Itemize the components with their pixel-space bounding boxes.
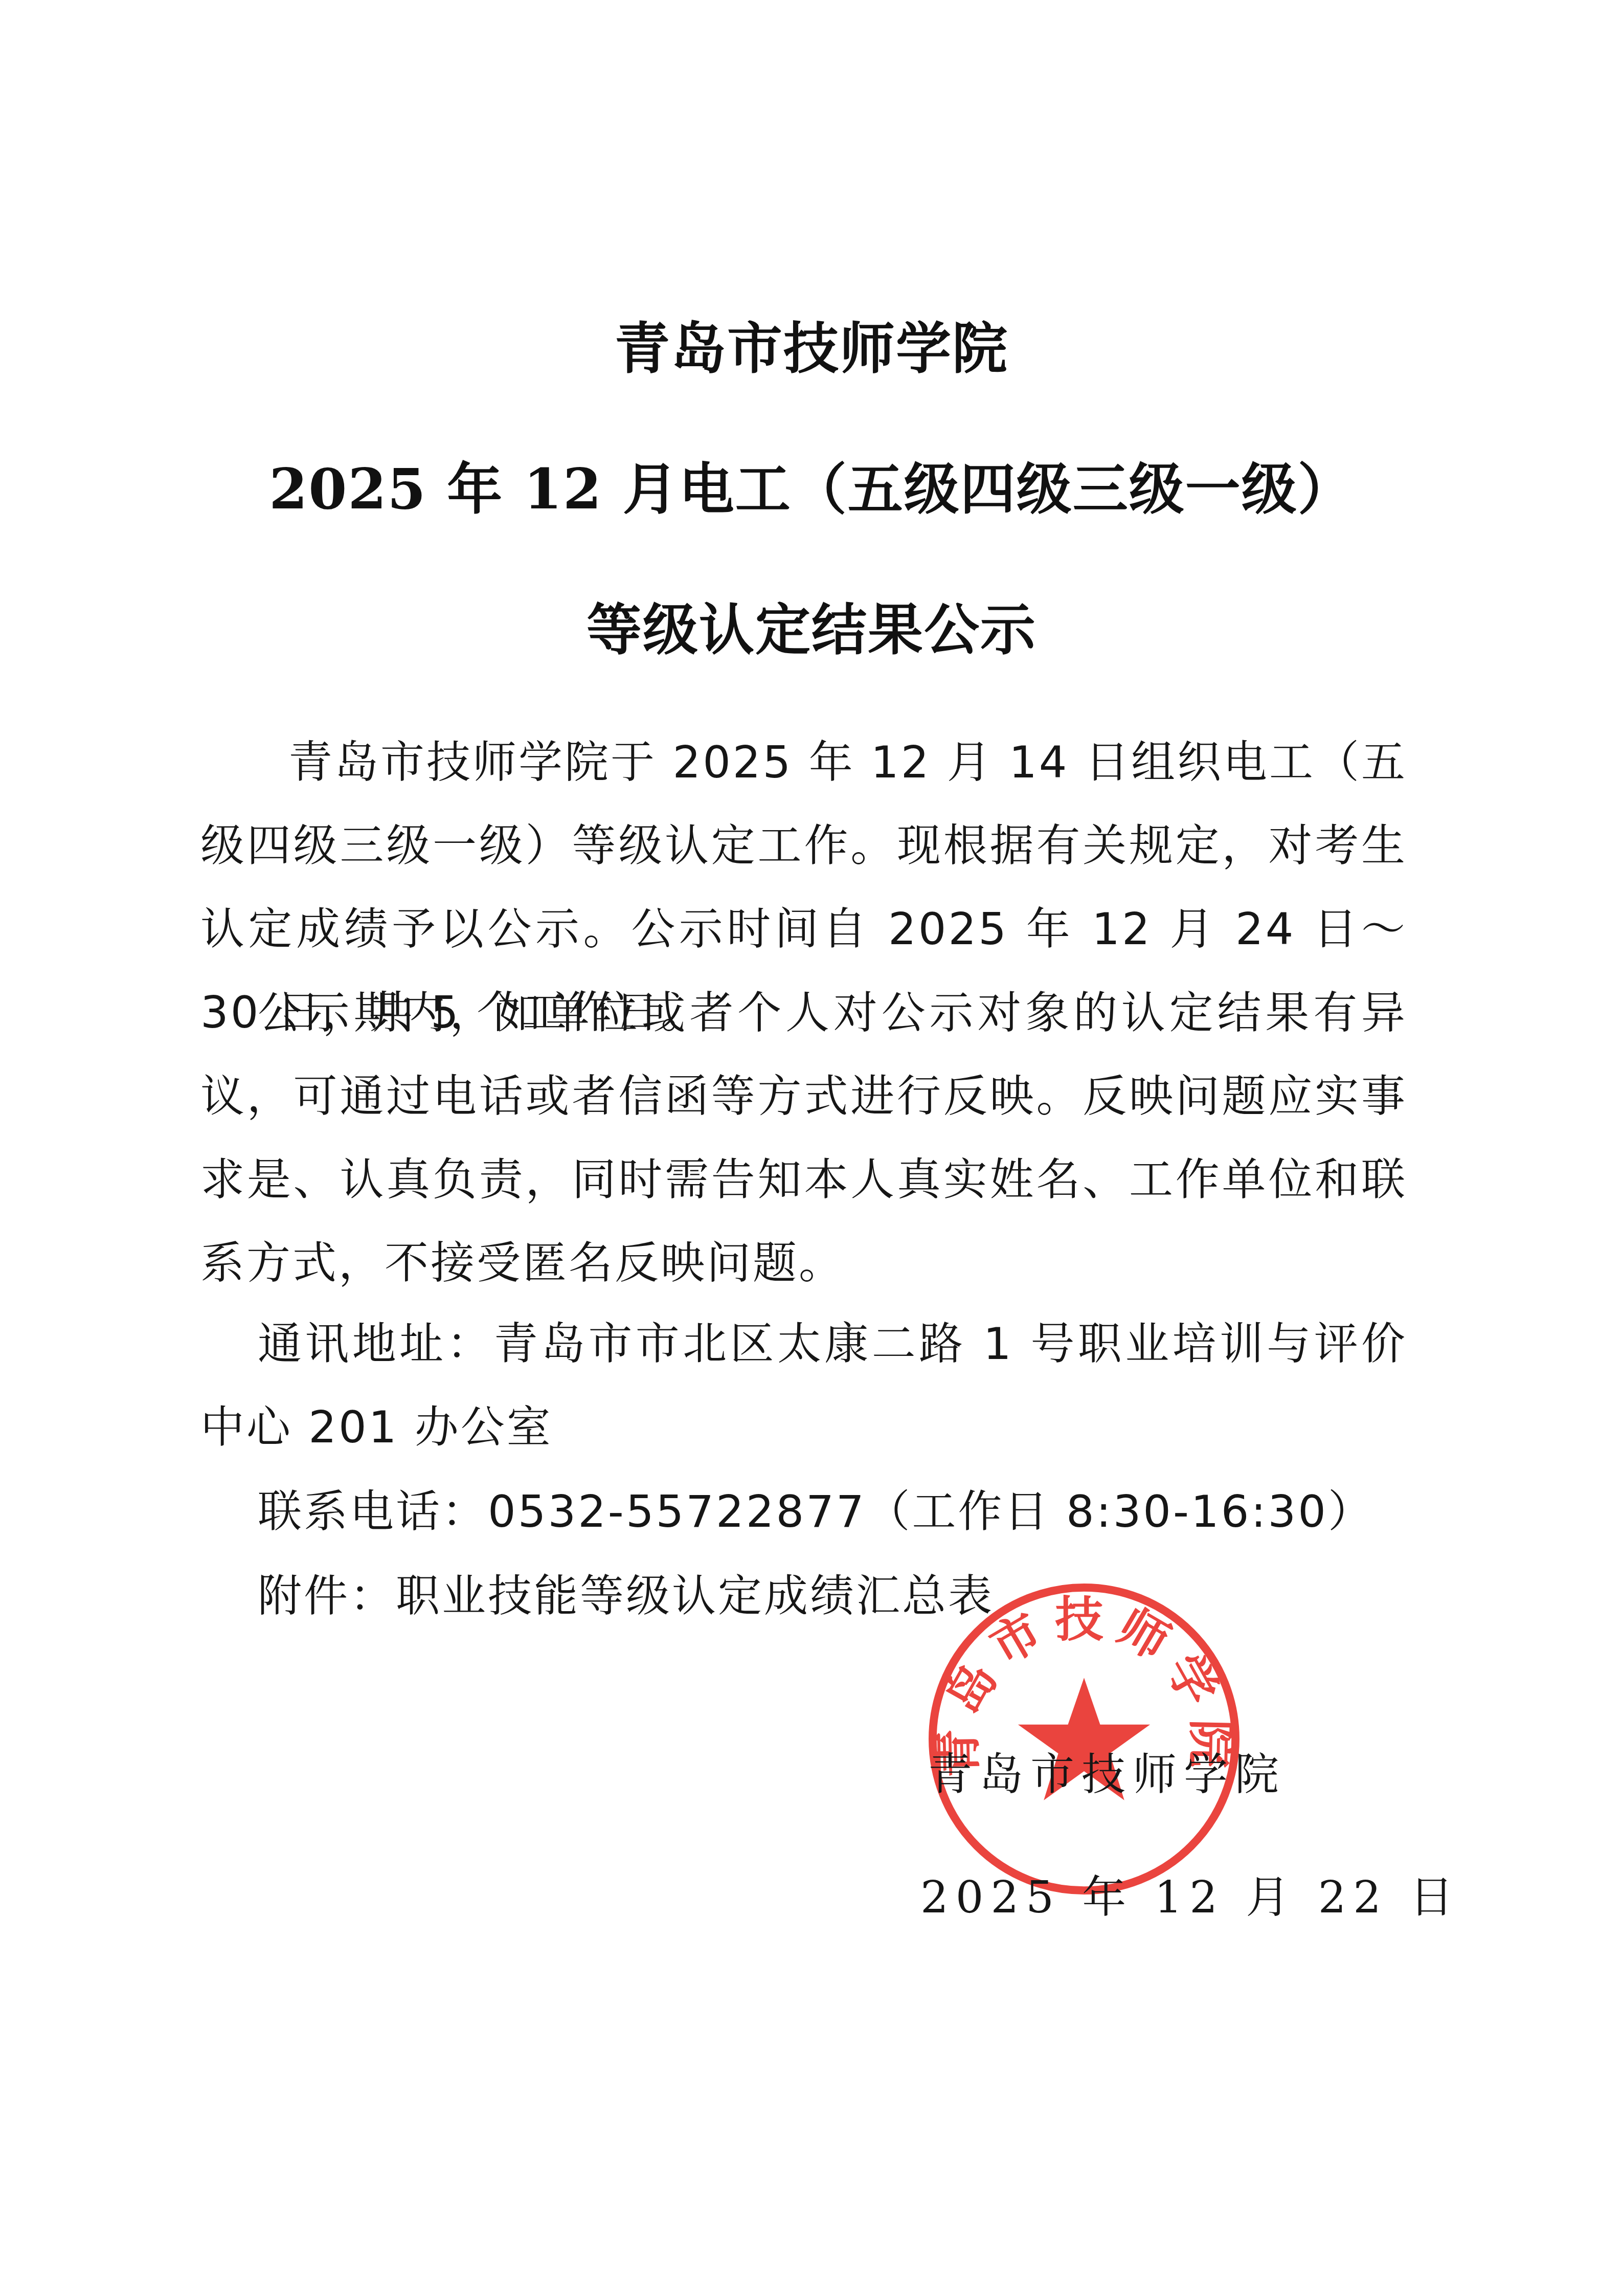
signature-organization: 青岛市技师学院 <box>928 1739 1286 1802</box>
attachment-line: 附件：职业技能等级认定成绩汇总表 <box>258 1555 1464 1638</box>
signature-date: 2025 年 12 月 22 日 <box>920 1862 1460 1925</box>
title-institution: 青岛市技师学院 <box>0 304 1623 384</box>
title-subject: 2025 年 12 月电工（五级四级三级一级） <box>0 445 1623 524</box>
paragraph-address: 通讯地址：青岛市市北区太康二路 1 号职业培训与评价中心 201 办公室 <box>200 1303 1407 1469</box>
document-page: 青岛市技师学院 2025 年 12 月电工（五级四级三级一级） 等级认定结果公示… <box>0 0 1623 2296</box>
title-notice: 等级认定结果公示 <box>0 586 1623 665</box>
paragraph-objection: 公示期内，如单位或者个人对公示对象的认定结果有异议，可通过电话或者信函等方式进行… <box>200 972 1407 1305</box>
contact-phone: 联系电话：0532-55722877（工作日 8:30-16:30） <box>258 1470 1464 1554</box>
